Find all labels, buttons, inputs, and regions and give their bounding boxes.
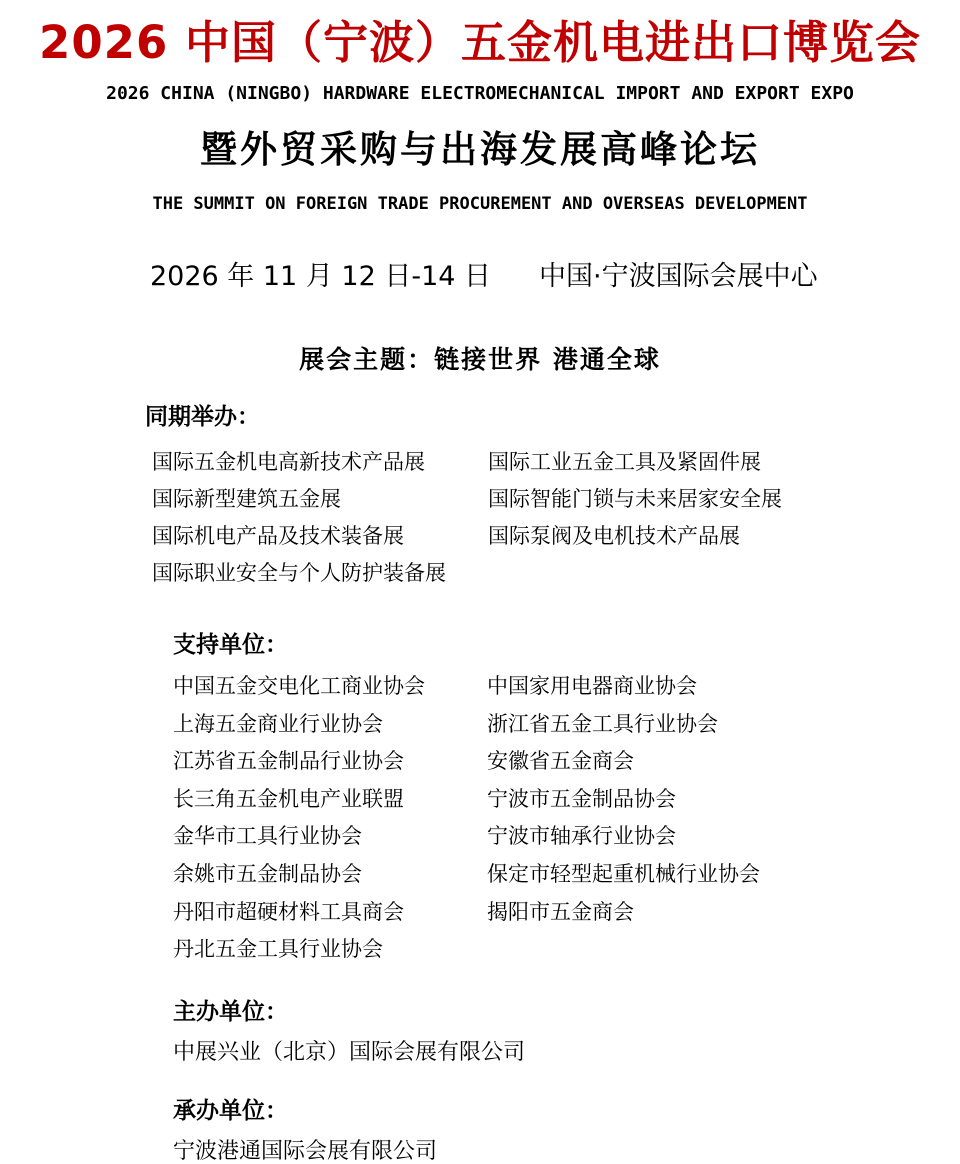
- undertaker-heading: 承办单位：: [173, 1096, 960, 1126]
- supporter-row: 余姚市五金制品协会 保定市轻型起重机械行业协会: [173, 856, 960, 894]
- undertaker-name: 宁波港通国际会展有限公司: [173, 1132, 960, 1164]
- supporter-left: 金华市工具行业协会: [173, 818, 487, 856]
- supporter-row: 上海五金商业行业协会 浙江省五金工具行业协会: [173, 706, 960, 744]
- event-venue: 中国·宁波国际会展中心: [539, 260, 818, 294]
- concurrent-event-right: 国际智能门锁与未来居家安全展: [488, 481, 782, 518]
- supporter-row: 中国五金交电化工商业协会 中国家用电器商业协会: [173, 668, 960, 706]
- concurrent-event-left: 国际机电产品及技术装备展: [152, 518, 488, 555]
- supporter-row: 金华市工具行业协会 宁波市轴承行业协会: [173, 818, 960, 856]
- concurrent-event-left: 国际职业安全与个人防护装备展: [152, 555, 488, 592]
- expo-flyer-page: 2026 中国（宁波）五金机电进出口博览会 2026 CHINA (NINGBO…: [0, 0, 960, 1164]
- supporter-row: 丹阳市超硬材料工具商会 揭阳市五金商会: [173, 894, 960, 932]
- supporter-left: 丹阳市超硬材料工具商会: [173, 894, 487, 932]
- supporter-right: 宁波市轴承行业协会: [487, 818, 676, 856]
- supporters-list: 中国五金交电化工商业协会 中国家用电器商业协会 上海五金商业行业协会 浙江省五金…: [173, 668, 960, 969]
- concurrent-event-row: 国际新型建筑五金展 国际智能门锁与未来居家安全展: [152, 481, 960, 518]
- summit-title-en: THE SUMMIT ON FOREIGN TRADE PROCUREMENT …: [0, 192, 960, 216]
- concurrent-event-row: 国际机电产品及技术装备展 国际泵阀及电机技术产品展: [152, 518, 960, 555]
- concurrent-event-left: 国际五金机电高新技术产品展: [152, 444, 488, 481]
- event-dates: 2026 年 11 月 12 日-14 日: [150, 260, 491, 294]
- supporter-right: 宁波市五金制品协会: [487, 781, 676, 819]
- concurrent-event-right: 国际工业五金工具及紧固件展: [488, 444, 761, 481]
- expo-theme: 展会主题：链接世界 港通全球: [0, 344, 960, 376]
- supporter-row: 江苏省五金制品行业协会 安徽省五金商会: [173, 743, 960, 781]
- supporter-left: 中国五金交电化工商业协会: [173, 668, 487, 706]
- organizer-name: 中展兴业（北京）国际会展有限公司: [173, 1033, 960, 1070]
- concurrent-events-heading: 同期举办：: [145, 402, 960, 432]
- concurrent-events-list: 国际五金机电高新技术产品展 国际工业五金工具及紧固件展 国际新型建筑五金展 国际…: [152, 444, 960, 592]
- supporter-right: 安徽省五金商会: [487, 743, 634, 781]
- supporter-left: 余姚市五金制品协会: [173, 856, 487, 894]
- main-title-cn: 2026 中国（宁波）五金机电进出口博览会: [0, 14, 960, 72]
- supporter-left: 丹北五金工具行业协会: [173, 931, 487, 969]
- supporters-heading: 支持单位：: [173, 630, 960, 660]
- supporter-right: 浙江省五金工具行业协会: [487, 706, 718, 744]
- concurrent-event-row: 国际职业安全与个人防护装备展: [152, 555, 960, 592]
- supporter-row: 长三角五金机电产业联盟 宁波市五金制品协会: [173, 781, 960, 819]
- concurrent-event-right: 国际泵阀及电机技术产品展: [488, 518, 740, 555]
- supporter-left: 江苏省五金制品行业协会: [173, 743, 487, 781]
- supporter-right: 保定市轻型起重机械行业协会: [487, 856, 760, 894]
- concurrent-event-row: 国际五金机电高新技术产品展 国际工业五金工具及紧固件展: [152, 444, 960, 481]
- supporter-left: 长三角五金机电产业联盟: [173, 781, 487, 819]
- concurrent-event-left: 国际新型建筑五金展: [152, 481, 488, 518]
- summit-title-cn: 暨外贸采购与出海发展高峰论坛: [0, 126, 960, 174]
- organizer-heading: 主办单位：: [173, 997, 960, 1027]
- supporter-left: 上海五金商业行业协会: [173, 706, 487, 744]
- supporter-right: 中国家用电器商业协会: [487, 668, 697, 706]
- main-title-en: 2026 CHINA (NINGBO) HARDWARE ELECTROMECH…: [0, 82, 960, 106]
- supporter-right: 揭阳市五金商会: [487, 894, 634, 932]
- supporter-row: 丹北五金工具行业协会: [173, 931, 960, 969]
- date-venue-line: 2026 年 11 月 12 日-14 日 中国·宁波国际会展中心: [150, 260, 960, 294]
